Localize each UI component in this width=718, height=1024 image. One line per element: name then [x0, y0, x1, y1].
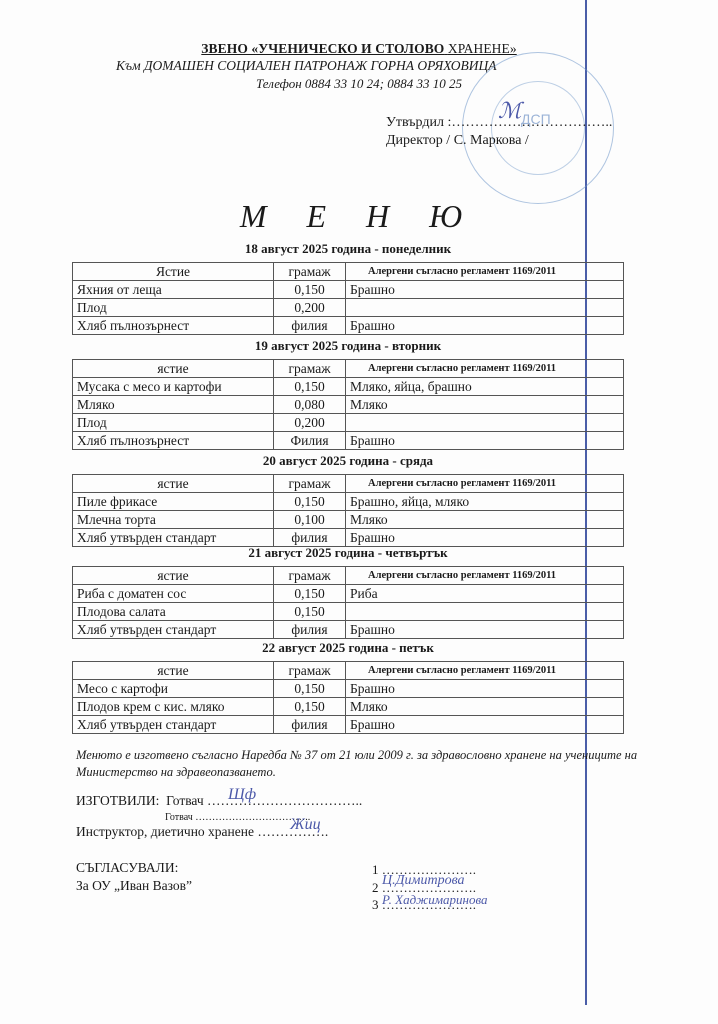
allergens: Мляко — [346, 511, 624, 529]
col-allergens: Алергени съгласно регламент 1169/2011 — [346, 475, 624, 493]
signature-3: Р. Хаджимаринова — [382, 892, 488, 908]
dish: Месо с картофи — [73, 680, 274, 698]
allergens — [346, 414, 624, 432]
table-row: Плод0,200 — [73, 414, 624, 432]
dish: Мусака с месо и картофи — [73, 378, 274, 396]
signature-2: Ц.Димитрова — [382, 873, 465, 889]
allergens: Брашно — [346, 529, 624, 547]
weight: 0,150 — [274, 698, 346, 716]
table-row: Хляб пълнозърнестфилияБрашно — [73, 317, 624, 335]
dish: Хляб утвърден стандарт — [73, 621, 274, 639]
phone: Телефон 0884 33 10 24; 0884 33 10 25 — [0, 76, 718, 92]
agreed-block: СЪГЛАСУВАЛИ: За ОУ „Иван Вазов” — [76, 859, 192, 895]
allergens: Брашно — [346, 281, 624, 299]
table-row: Хляб утвърден стандартфилияБрашно — [73, 716, 624, 734]
table-row: Млечна торта0,100Мляко — [73, 511, 624, 529]
day-title: 19 август 2025 година - вторник — [72, 338, 624, 354]
table-row: Хляб пълнозърнестФилияБрашно — [73, 432, 624, 450]
menu-table: ястиеграмажАлергени съгласно регламент 1… — [72, 566, 624, 639]
table-header: ястиеграмажАлергени съгласно регламент 1… — [73, 475, 624, 493]
allergens: Риба — [346, 585, 624, 603]
col-allergens: Алергени съгласно регламент 1169/2011 — [346, 263, 624, 281]
dish: Пиле фрикасе — [73, 493, 274, 511]
dish: Хляб утвърден стандарт — [73, 529, 274, 547]
dish: Яхния от леща — [73, 281, 274, 299]
parent-org: Към ДОМАШЕН СОЦИАЛЕН ПАТРОНАЖ ГОРНА ОРЯХ… — [116, 58, 497, 74]
allergens: Брашно — [346, 621, 624, 639]
allergens: Брашно — [346, 680, 624, 698]
allergens: Брашно — [346, 317, 624, 335]
page-title: М Е Н Ю — [0, 198, 718, 235]
allergens: Брашно — [346, 716, 624, 734]
approved-label: Утвърдил :…………………………….. — [386, 114, 612, 132]
day-title: 18 август 2025 година - понеделник — [72, 241, 624, 257]
instructor-signature: Жиц — [290, 816, 321, 834]
table-header: ЯстиеграмажАлергени съгласно регламент 1… — [73, 263, 624, 281]
day-title: 20 август 2025 година - сряда — [72, 453, 624, 469]
allergens: Брашно — [346, 432, 624, 450]
table-row: Яхния от леща0,150Брашно — [73, 281, 624, 299]
director-name: Директор / С. Маркова / — [386, 132, 612, 150]
allergens: Мляко, яйца, брашно — [346, 378, 624, 396]
col-allergens: Алергени съгласно регламент 1169/2011 — [346, 360, 624, 378]
day-title: 21 август 2025 година - четвъртък — [72, 545, 624, 561]
weight: 0,150 — [274, 281, 346, 299]
table-row: Пиле фрикасе0,150Брашно, яйца, мляко — [73, 493, 624, 511]
table-row: Месо с картофи0,150Брашно — [73, 680, 624, 698]
col-weight: грамаж — [274, 475, 346, 493]
weight: 0,150 — [274, 493, 346, 511]
col-dish: Ястие — [73, 263, 274, 281]
dish: Хляб пълнозърнест — [73, 317, 274, 335]
allergens: Мляко — [346, 698, 624, 716]
table-header: ястиеграмажАлергени съгласно регламент 1… — [73, 360, 624, 378]
weight: Филия — [274, 432, 346, 450]
weight: 0,200 — [274, 299, 346, 317]
col-dish: ястие — [73, 662, 274, 680]
col-weight: грамаж — [274, 263, 346, 281]
table-header: ястиеграмажАлергени съгласно регламент 1… — [73, 662, 624, 680]
cook1-signature: Щф — [228, 786, 256, 804]
table-row: Риба с доматен сос0,150Риба — [73, 585, 624, 603]
table-row: Хляб утвърден стандартфилияБрашно — [73, 529, 624, 547]
prepared-cook1: ИЗГОТВИЛИ: Готвач …………………………….. — [76, 793, 362, 809]
dish: Мляко — [73, 396, 274, 414]
menu-table: ястиеграмажАлергени съгласно регламент 1… — [72, 474, 624, 547]
col-dish: ястие — [73, 567, 274, 585]
table-row: Мусака с месо и картофи0,150Мляко, яйца,… — [73, 378, 624, 396]
table-row: Мляко0,080Мляко — [73, 396, 624, 414]
approval-block: Утвърдил :…………………………….. Директор / С. Ма… — [386, 114, 612, 150]
dish: Плодова салата — [73, 603, 274, 621]
col-dish: ястие — [73, 475, 274, 493]
dish: Риба с доматен сос — [73, 585, 274, 603]
day-title: 22 август 2025 година - петък — [72, 640, 624, 656]
col-dish: ястие — [73, 360, 274, 378]
weight: 0,080 — [274, 396, 346, 414]
weight: филия — [274, 621, 346, 639]
prepared-cook2: Готвач …………………………….. — [165, 812, 310, 823]
weight: филия — [274, 529, 346, 547]
dish: Млечна торта — [73, 511, 274, 529]
table-row: Хляб утвърден стандартфилияБрашно — [73, 621, 624, 639]
col-allergens: Алергени съгласно регламент 1169/2011 — [346, 567, 624, 585]
dish: Хляб утвърден стандарт — [73, 716, 274, 734]
col-weight: грамаж — [274, 360, 346, 378]
table-row: Плодова салата0,150 — [73, 603, 624, 621]
weight: 0,100 — [274, 511, 346, 529]
menu-table: ЯстиеграмажАлергени съгласно регламент 1… — [72, 262, 624, 335]
weight: 0,150 — [274, 603, 346, 621]
table-row: Плодов крем с кис. мляко0,150Мляко — [73, 698, 624, 716]
col-weight: грамаж — [274, 567, 346, 585]
dish: Плод — [73, 414, 274, 432]
weight: филия — [274, 317, 346, 335]
weight: 0,200 — [274, 414, 346, 432]
col-weight: грамаж — [274, 662, 346, 680]
allergens: Брашно, яйца, мляко — [346, 493, 624, 511]
col-allergens: Алергени съгласно регламент 1169/2011 — [346, 662, 624, 680]
org-name: ЗВЕНО «УЧЕНИЧЕСКО И СТОЛОВО ХРАНЕНЕ» — [0, 41, 718, 57]
table-header: ястиеграмажАлергени съгласно регламент 1… — [73, 567, 624, 585]
regulation-note: Менюто е изготвено съгласно Наредба № 37… — [76, 747, 646, 781]
weight: 0,150 — [274, 585, 346, 603]
dish: Плодов крем с кис. мляко — [73, 698, 274, 716]
menu-table: ястиеграмажАлергени съгласно регламент 1… — [72, 359, 624, 450]
allergens — [346, 603, 624, 621]
weight: 0,150 — [274, 680, 346, 698]
allergens: Мляко — [346, 396, 624, 414]
menu-table: ястиеграмажАлергени съгласно регламент 1… — [72, 661, 624, 734]
dish: Хляб пълнозърнест — [73, 432, 274, 450]
table-row: Плод0,200 — [73, 299, 624, 317]
dish: Плод — [73, 299, 274, 317]
weight: филия — [274, 716, 346, 734]
weight: 0,150 — [274, 378, 346, 396]
allergens — [346, 299, 624, 317]
